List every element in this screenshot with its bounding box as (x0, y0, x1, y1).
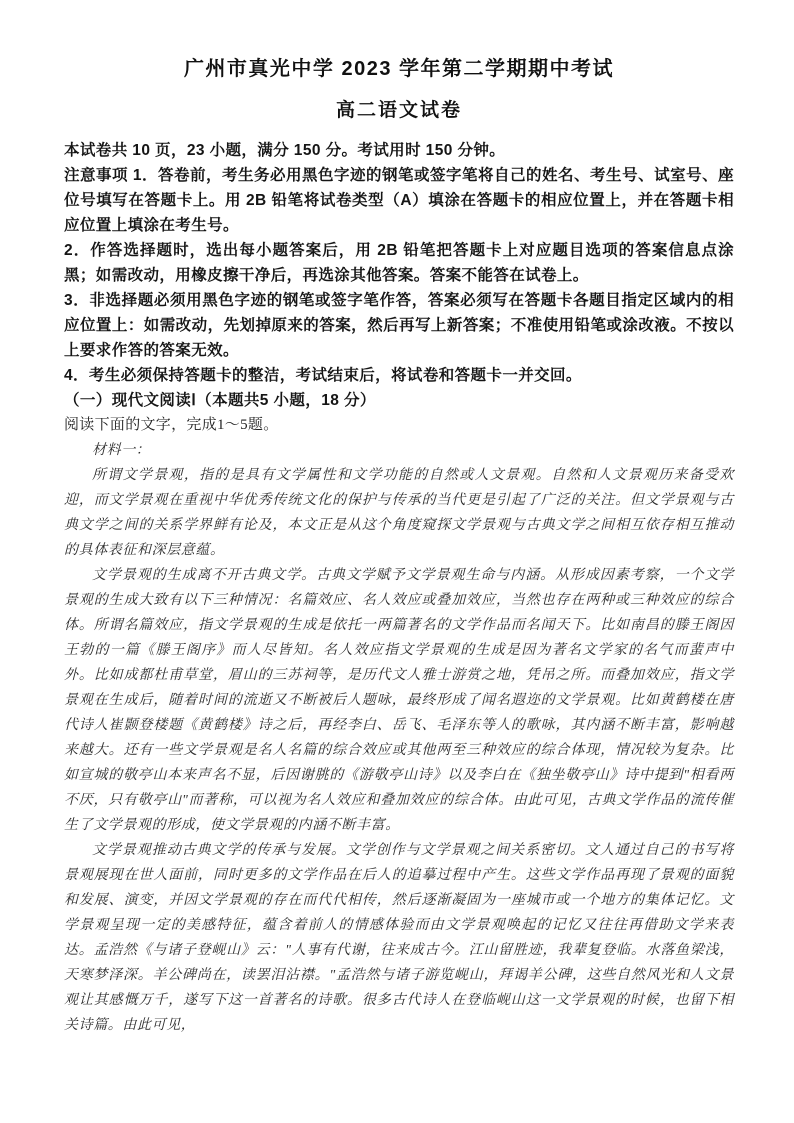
section-header-modern-reading-1: （一）现代文阅读Ⅰ（本题共5 小题，18 分） (64, 388, 734, 413)
notice-item-4: 4．考生必须保持答题卡的整洁，考试结束后，将试卷和答题卡一并交回。 (64, 363, 734, 388)
material-label: 材料一： (64, 438, 734, 463)
material-paragraph-3: 文学景观推动古典文学的传承与发展。文学创作与文学景观之间关系密切。文人通过自己的… (64, 838, 734, 1038)
reading-material-one: 材料一： 所谓文学景观，指的是具有文学属性和文学功能的自然或人文景观。自然和人文… (64, 438, 734, 1038)
material-paragraph-2: 文学景观的生成离不开古典文学。古典文学赋予文学景观生命与内涵。从形成因素考察，一… (64, 563, 734, 838)
exam-info: 本试卷共 10 页，23 小题，满分 150 分。考试用时 150 分钟。 (64, 138, 734, 163)
notice-item-3: 3．非选择题必须用黑色字迹的钢笔或签字笔作答，答案必须写在答题卡各题目指定区域内… (64, 288, 734, 363)
notice-item-2: 2．作答选择题时，选出每小题答案后，用 2B 铅笔把答题卡上对应题目选项的答案信… (64, 238, 734, 288)
material-paragraph-1: 所谓文学景观，指的是具有文学属性和文学功能的自然或人文景观。自然和人文景观历来备… (64, 463, 734, 563)
reading-instruction: 阅读下面的文字，完成1～5题。 (64, 413, 734, 438)
exam-notice-block: 本试卷共 10 页，23 小题，满分 150 分。考试用时 150 分钟。 注意… (64, 138, 734, 388)
exam-subtitle: 高二语文试卷 (64, 99, 734, 123)
exam-title: 广州市真光中学 2023 学年第二学期期中考试 (64, 56, 734, 82)
notice-item-1: 注意事项 1．答卷前，考生务必用黑色字迹的钢笔或签字笔将自己的姓名、考生号、试室… (64, 163, 734, 238)
exam-paper-page: 广州市真光中学 2023 学年第二学期期中考试 高二语文试卷 本试卷共 10 页… (0, 0, 794, 1123)
